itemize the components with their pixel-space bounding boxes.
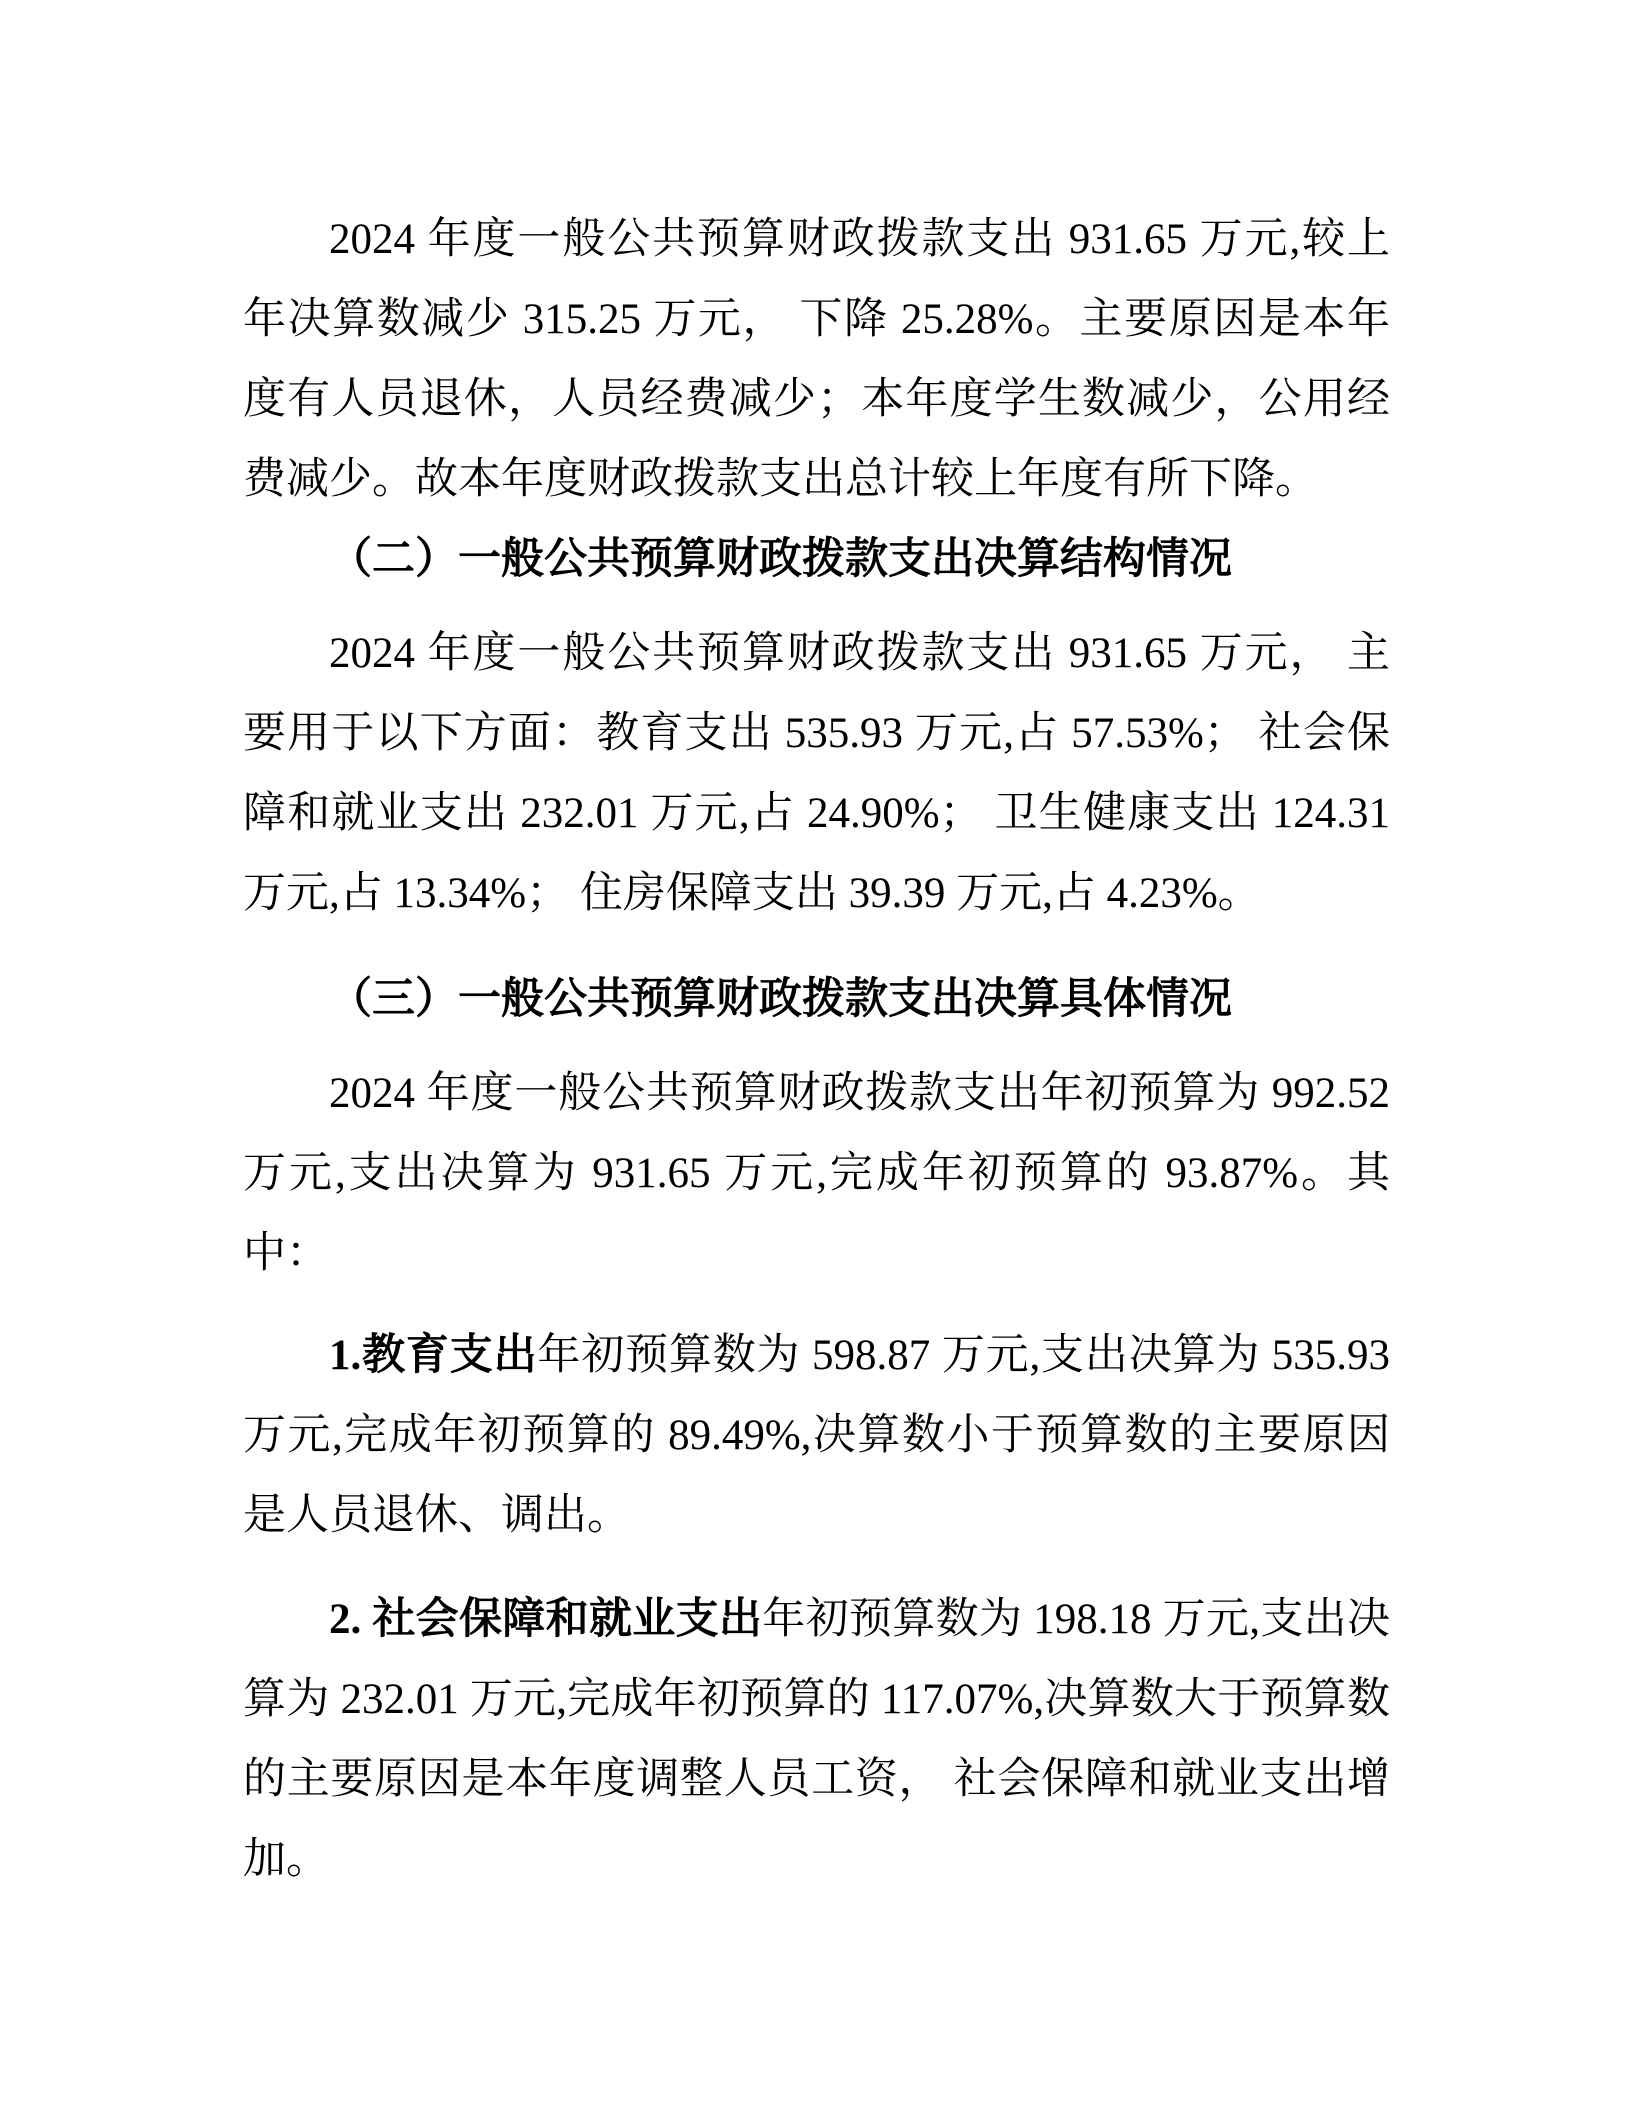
paragraph-budget-vs-final: 2024 年度一般公共预算财政拨款支出年初预算为 992.52 万元,支出决算为… <box>243 1054 1390 1294</box>
heading-section-3-expenditure-specifics: （三）一般公共预算财政拨款支出决算具体情况 <box>243 960 1390 1040</box>
paragraph-item-1-education: 1.教育支出年初预算数为 598.87 万元,支出决算为 535.93 万元,完… <box>243 1316 1390 1556</box>
paragraph-expenditure-structure-detail: 2024 年度一般公共预算财政拨款支出 931.65 万元， 主要用于以下方面：… <box>243 614 1390 934</box>
item-2-social-security-lead: 2. 社会保障和就业支出 <box>329 1596 762 1643</box>
document-page: 2024 年度一般公共预算财政拨款支出 931.65 万元,较上年决算数减少 3… <box>0 0 1632 2112</box>
paragraph-expenditure-yearly-change: 2024 年度一般公共预算财政拨款支出 931.65 万元,较上年决算数减少 3… <box>243 200 1390 520</box>
item-1-education-lead: 1.教育支出 <box>329 1332 537 1379</box>
heading-section-2-expenditure-structure: （二）一般公共预算财政拨款支出决算结构情况 <box>243 520 1390 600</box>
paragraph-item-2-social-security: 2. 社会保障和就业支出年初预算数为 198.18 万元,支出决算为 232.0… <box>243 1580 1390 1900</box>
